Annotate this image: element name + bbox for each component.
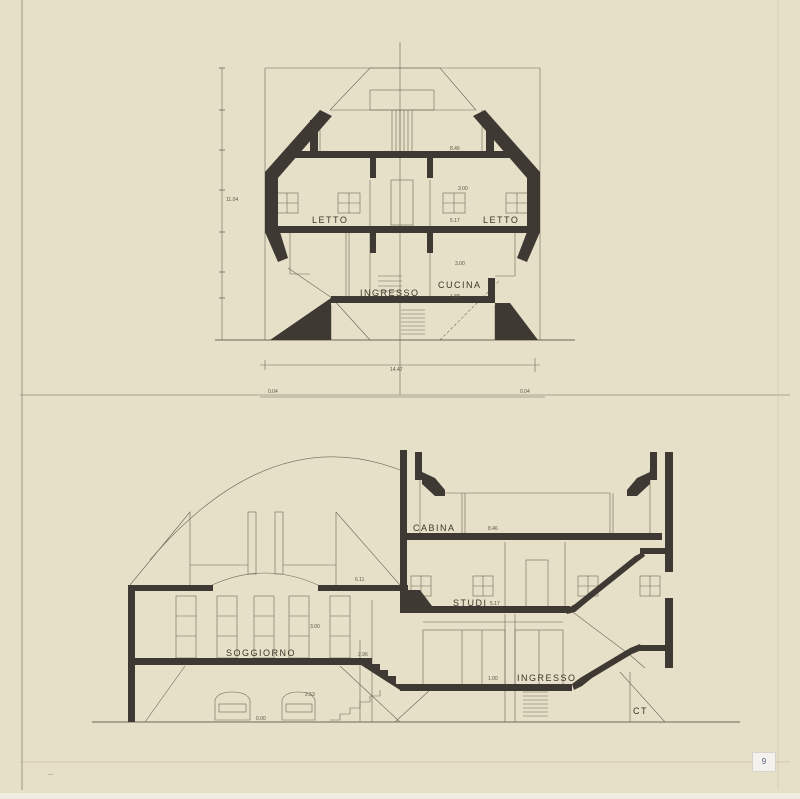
sheet-number-label: 9: [752, 752, 776, 772]
paper-edge: [0, 793, 800, 799]
dim-garage-height: 2.53: [305, 692, 315, 698]
dim-studi-level: 5.17: [490, 601, 500, 607]
room-label-letto-right: LETTO: [483, 215, 519, 225]
dim-overall-width: 14.47: [390, 367, 403, 373]
room-label-cucina: CUCINA: [438, 280, 482, 290]
dim-ground-level: 0.00: [256, 716, 266, 722]
dim-ground-floor-level: 1.88: [450, 294, 460, 300]
room-label-soggiorno: SOGGIORNO: [226, 648, 296, 658]
dim-cabina-level: 8.46: [488, 526, 498, 532]
dim-lower-height: 3.00: [455, 261, 465, 267]
room-label-ingresso-top: INGRESSO: [360, 288, 420, 298]
dim-upper-floor-level: 5.17: [450, 218, 460, 224]
dim-height-total: 11.04: [226, 197, 238, 203]
drawing-sheet: LETTO LETTO INGRESSO CUCINA 11.04 8.46 3…: [0, 0, 800, 799]
section-drawings: [0, 0, 800, 799]
dim-upper-height: 3.00: [458, 186, 468, 192]
dim-roof-level: 8.46: [450, 146, 460, 152]
dim-ingresso-level: 1.00: [488, 676, 498, 682]
dim-left-offset: 0.04: [268, 389, 278, 395]
room-label-studi: STUDI: [453, 598, 488, 608]
corner-note: —: [48, 772, 53, 778]
dim-roof-left-level: 6.11: [355, 577, 364, 583]
room-label-ingresso-bottom: INGRESSO: [517, 673, 577, 683]
dim-right-offset: 0.04: [520, 389, 530, 395]
dim-soggiorno-height: 3.00: [310, 624, 320, 630]
room-label-cabina: CABINA: [413, 523, 456, 533]
room-label-ct: CT: [633, 706, 648, 716]
dim-soggiorno-level: 2.96: [358, 652, 368, 658]
room-label-letto-left: LETTO: [312, 215, 348, 225]
